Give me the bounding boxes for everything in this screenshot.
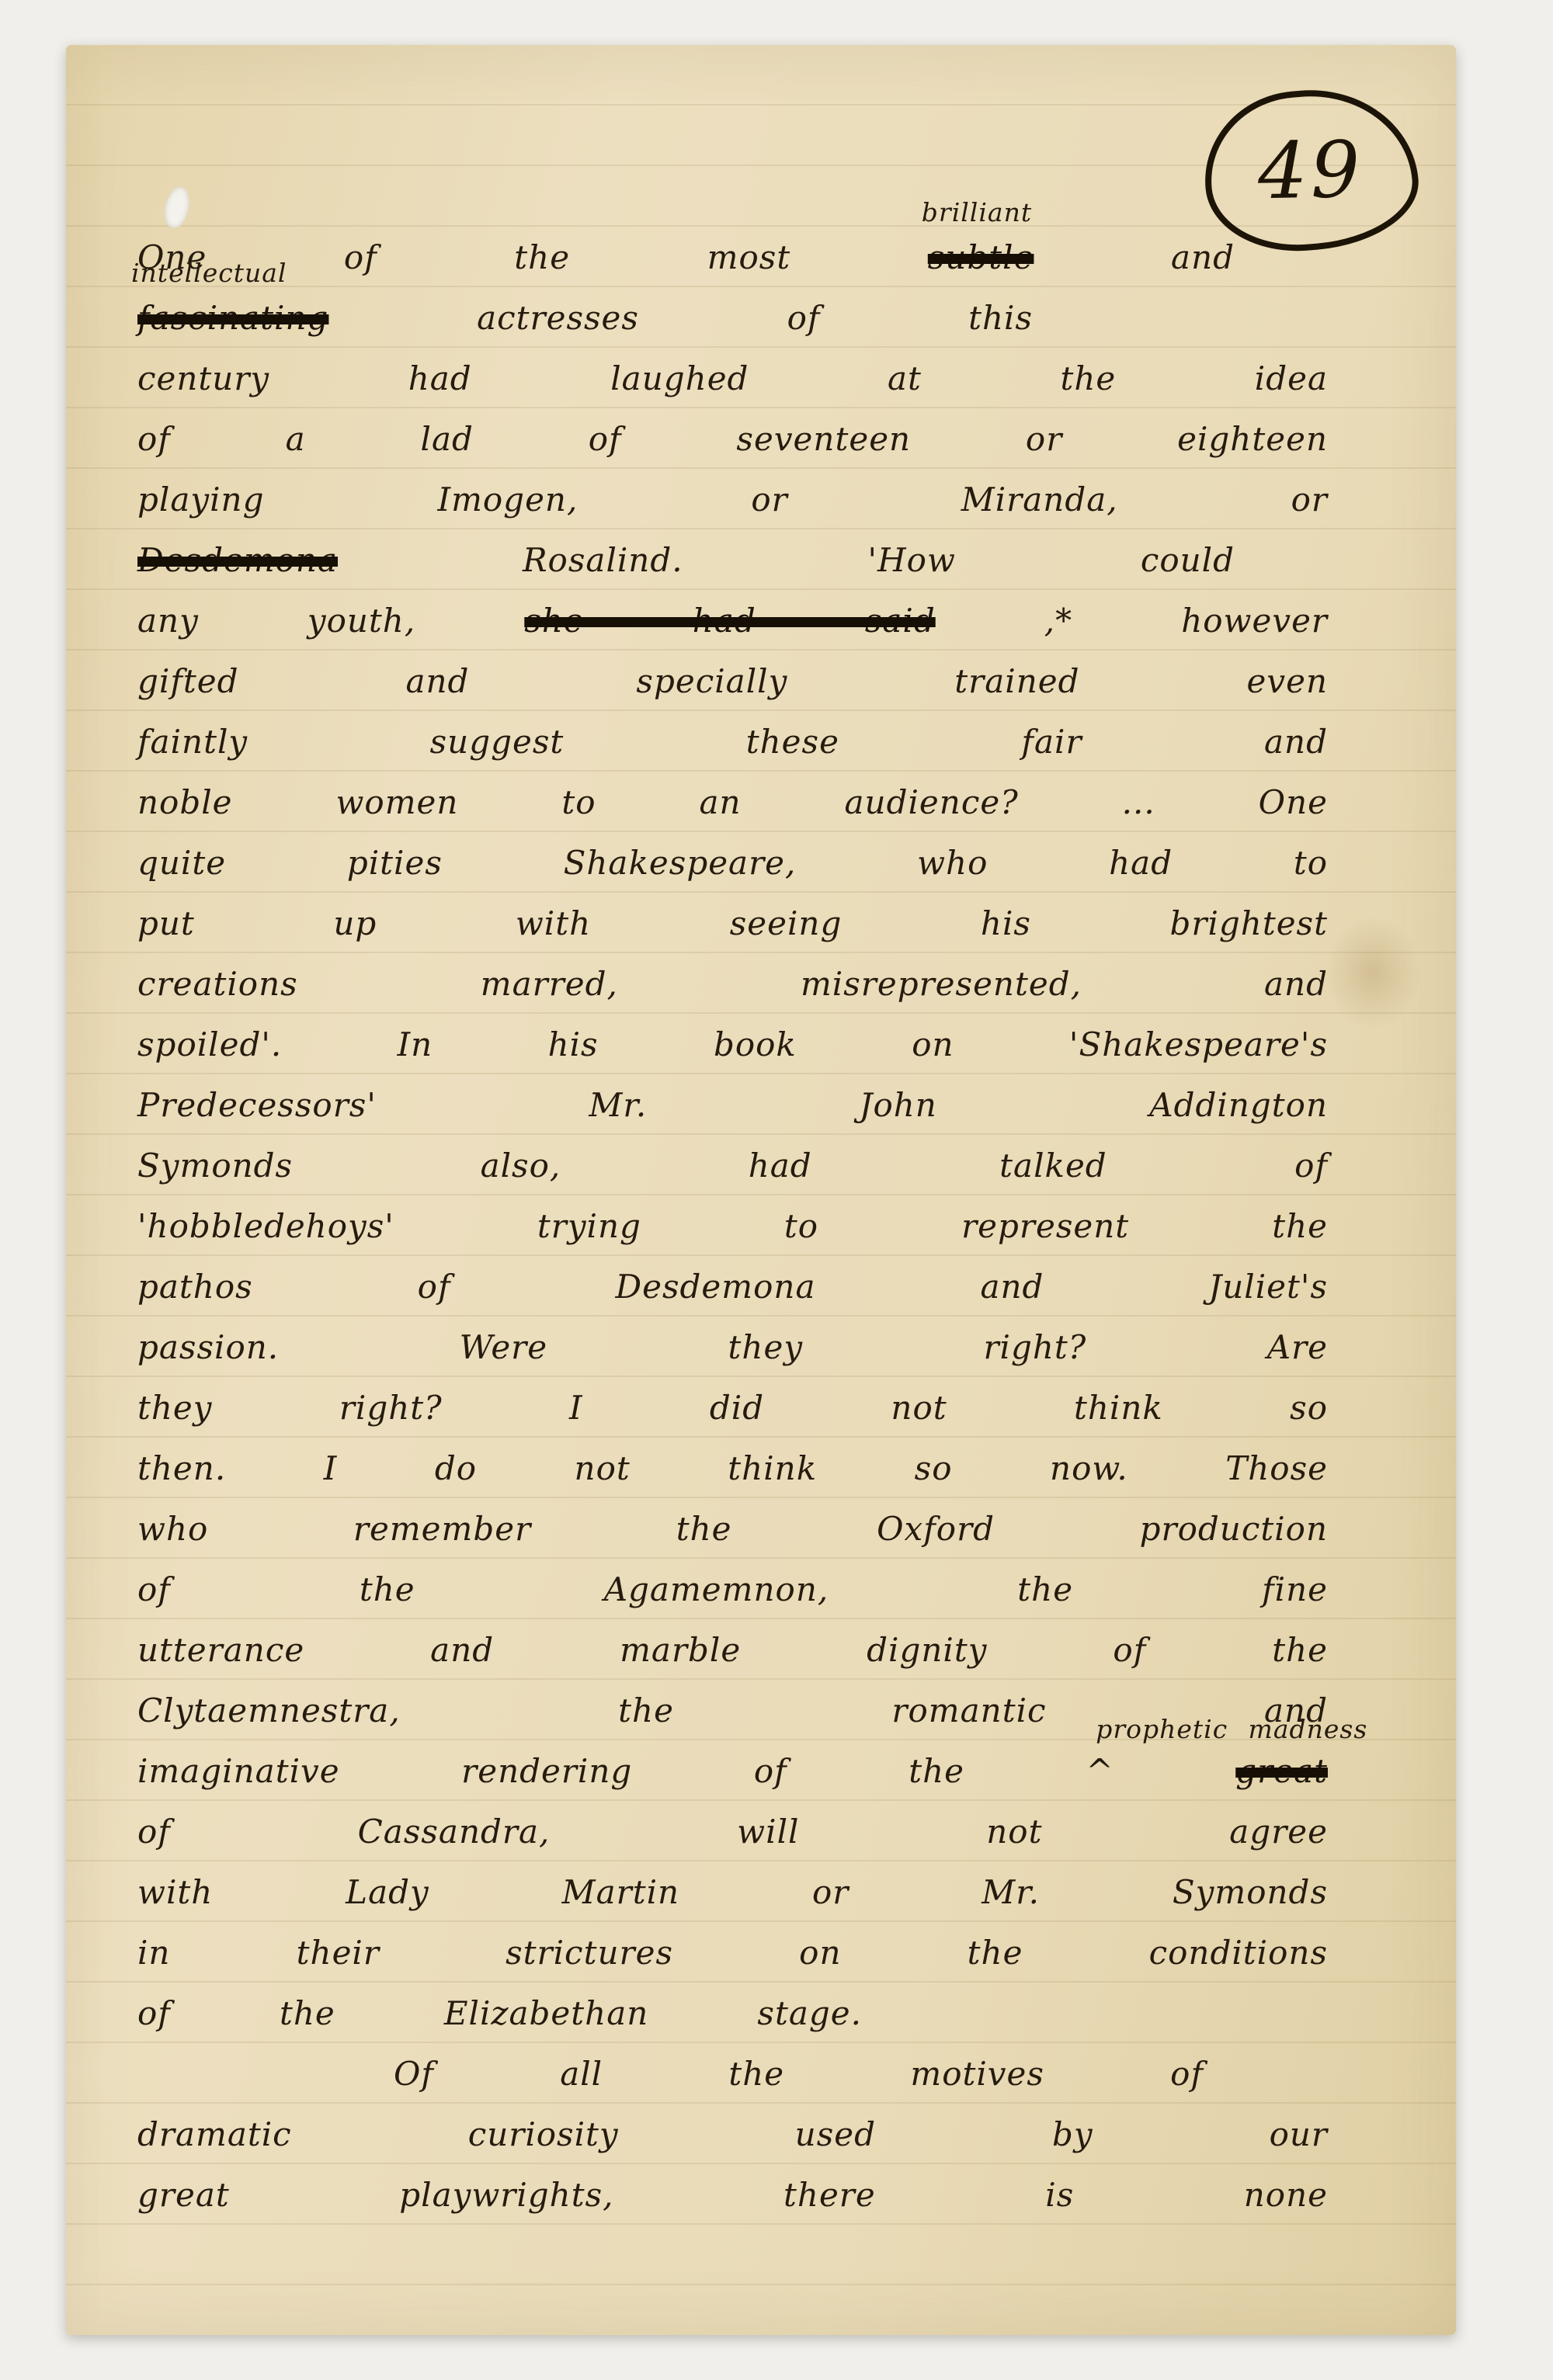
manuscript-line: gifted and specially trained even <box>137 651 1328 712</box>
line-text: any youth, <box>137 602 415 640</box>
manuscript-line: of the Elizabethan stage. <box>137 1983 1328 2044</box>
manuscript-line: who remember the Oxford production <box>137 1499 1328 1559</box>
line-text: ,* however <box>1044 602 1328 640</box>
manuscript-line: Predecessors' Mr. John Addington <box>137 1075 1328 1136</box>
manuscript-line: with Lady Martin or Mr. Symonds <box>137 1862 1328 1923</box>
struck-word: subtle <box>928 238 1034 276</box>
manuscript-paper: 49 One of the most subtlebrilliant and f… <box>66 45 1456 2335</box>
manuscript-line: 'hobbledehoys' trying to represent the <box>137 1196 1328 1257</box>
manuscript-line: spoiled'. In his book on 'Shakespeare's <box>137 1015 1328 1075</box>
manuscript-line: Of all the motives of <box>137 2044 1328 2104</box>
manuscript-line: they right? I did not think so <box>137 1378 1328 1438</box>
deletion-anchor: subtlebrilliant <box>928 238 1034 276</box>
manuscript-line: put up with seeing his brightest <box>137 893 1328 954</box>
manuscript-line: Symonds also, had talked of <box>137 1136 1328 1196</box>
inserted-word-above: intellectual <box>131 260 287 286</box>
line-text: actresses of this <box>477 299 1033 337</box>
page-number: 49 <box>1257 123 1364 216</box>
manuscript-line: noble women to an audience? ... One <box>137 772 1328 833</box>
manuscript-line: creations marred, misrepresented, and <box>137 954 1328 1015</box>
manuscript-line: of a lad of seventeen or eighteen <box>137 409 1328 470</box>
struck-word: Desdemona <box>137 541 338 579</box>
line-text: Rosalind. 'How could <box>523 541 1235 579</box>
manuscript-line: One of the most subtlebrilliant and <box>137 227 1328 288</box>
line-text: imaginative rendering of the ^ <box>137 1752 1114 1790</box>
inserted-words-above: prophetic madness <box>1096 1716 1367 1742</box>
struck-word: great <box>1235 1752 1328 1790</box>
manuscript-line: any youth, she had said ,* however <box>137 591 1328 651</box>
deletion-anchor: greatprophetic madness <box>1235 1752 1328 1790</box>
manuscript-line: quite pities Shakespeare, who had to <box>137 833 1328 893</box>
manuscript-line: Desdemona Rosalind. 'How could <box>137 530 1328 591</box>
manuscript-line: fascinatingintellectual actresses of thi… <box>137 288 1328 349</box>
manuscript-line: imaginative rendering of the ^ greatprop… <box>137 1741 1328 1802</box>
struck-word: she had said <box>524 602 935 640</box>
manuscript-line: passion. Were they right? Are <box>137 1317 1328 1378</box>
manuscript-text: One of the most subtlebrilliant and fasc… <box>137 227 1328 2226</box>
manuscript-line: great playwrights, there is none <box>137 2165 1328 2226</box>
inserted-word-above: brilliant <box>922 199 1032 225</box>
struck-word: fascinating <box>137 299 328 337</box>
manuscript-line: century had laughed at the idea <box>137 349 1328 409</box>
manuscript-line: dramatic curiosity used by our <box>137 2104 1328 2165</box>
deletion-anchor: fascinatingintellectual <box>137 299 328 337</box>
manuscript-line: utterance and marble dignity of the <box>137 1620 1328 1681</box>
manuscript-line: in their strictures on the conditions <box>137 1923 1328 1983</box>
manuscript-line: pathos of Desdemona and Juliet's <box>137 1257 1328 1317</box>
manuscript-line: of the Agamemnon, the fine <box>137 1559 1328 1620</box>
line-text: and <box>1171 238 1235 276</box>
manuscript-line: then. I do not think so now. Those <box>137 1438 1328 1499</box>
manuscript-line: faintly suggest these fair and <box>137 712 1328 772</box>
manuscript-line: of Cassandra, will not agree <box>137 1802 1328 1862</box>
paper-stain <box>1322 914 1423 1031</box>
manuscript-line: playing Imogen, or Miranda, or <box>137 470 1328 530</box>
